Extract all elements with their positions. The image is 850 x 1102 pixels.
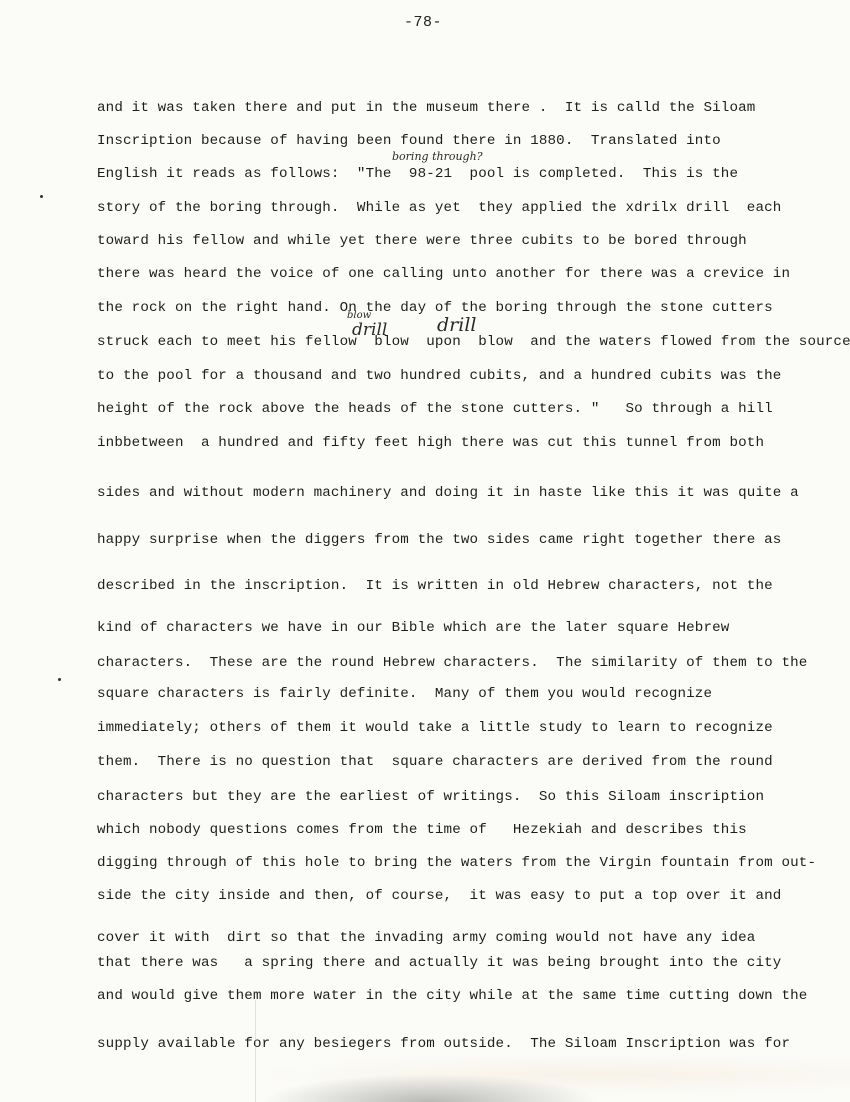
- text-line-8: struck each to meet his fellow blow upon…: [97, 334, 850, 350]
- text-line-21: which nobody questions comes from the ti…: [97, 822, 747, 838]
- text-line-18: immediately; others of them it would tak…: [97, 720, 773, 736]
- text-line-17: square characters is fairly definite. Ma…: [97, 686, 712, 702]
- margin-mark: [40, 195, 43, 198]
- typewritten-page: -78- and it was taken there and put in t…: [0, 0, 850, 1102]
- text-line-19: them. There is no question that square c…: [97, 754, 773, 770]
- handwritten-annotation-drill-2: drill: [437, 314, 476, 336]
- text-line-15: kind of characters we have in our Bible …: [97, 620, 729, 636]
- text-line-23: side the city inside and then, of course…: [97, 888, 781, 904]
- text-line-24: cover it with dirt so that the invading …: [97, 930, 755, 946]
- text-line-27: supply available for any besiegers from …: [97, 1036, 790, 1052]
- text-line-14: described in the inscription. It is writ…: [97, 578, 773, 594]
- text-line-4: story of the boring through. While as ye…: [97, 200, 781, 216]
- text-line-25: that there was a spring there and actual…: [97, 955, 781, 971]
- text-line-5: toward his fellow and while yet there we…: [97, 233, 747, 249]
- text-line-10: height of the rock above the heads of th…: [97, 401, 773, 417]
- text-line-22: digging through of this hole to bring th…: [97, 855, 816, 871]
- text-line-11: inbbetween a hundred and fifty feet high…: [97, 435, 764, 451]
- text-line-16: characters. These are the round Hebrew c…: [97, 655, 807, 671]
- text-line-20: characters but they are the earliest of …: [97, 789, 764, 805]
- text-line-12: sides and without modern machinery and d…: [97, 485, 799, 501]
- text-line-3: English it reads as follows: "The 98-21 …: [97, 166, 738, 182]
- text-line-26: and would give them more water in the ci…: [97, 988, 807, 1004]
- text-line-7: the rock on the right hand. On the day o…: [97, 300, 773, 316]
- text-line-13: happy surprise when the diggers from the…: [97, 532, 781, 548]
- paper-fold-line: [255, 1000, 256, 1102]
- text-line-1: and it was taken there and put in the mu…: [97, 100, 755, 116]
- text-line-9: to the pool for a thousand and two hundr…: [97, 368, 781, 384]
- text-line-6: there was heard the voice of one calling…: [97, 266, 790, 282]
- handwritten-annotation-drill-1: drill: [352, 320, 387, 340]
- handwritten-annotation-boring-through: boring through?: [392, 150, 483, 163]
- page-number: -78-: [404, 14, 442, 31]
- text-line-2: Inscription because of having been found…: [97, 133, 721, 149]
- margin-mark: [58, 678, 61, 681]
